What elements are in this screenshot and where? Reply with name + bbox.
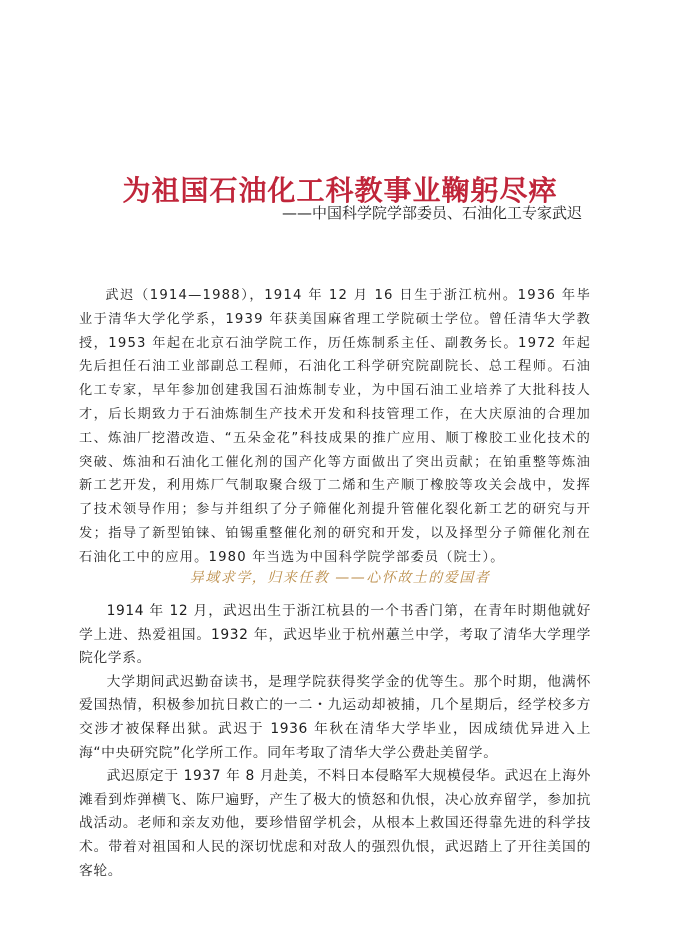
article-body: 1914 年 12 月，武迟出生于浙江杭县的一个书香门第，在青年时期他就好学上进… [79,600,591,883]
document-page: 为祖国石油化工科教事业鞠躬尽瘁 ——中国科学院学部委员、石油化工专家武迟 武迟（… [0,0,680,945]
biography-paragraph: 武迟（1914—1988），1914 年 12 月 16 日生于浙江杭州。193… [79,284,591,570]
body-paragraph: 1914 年 12 月，武迟出生于浙江杭县的一个书香门第，在青年时期他就好学上进… [79,600,591,671]
body-paragraph: 大学期间武迟勤奋读书，是理学院获得奖学金的优等生。那个时期，他满怀爱国热情，积极… [79,671,591,765]
biography-summary: 武迟（1914—1988），1914 年 12 月 16 日生于浙江杭州。193… [79,284,591,570]
article-subtitle: ——中国科学院学部委员、石油化工专家武迟 [282,202,582,224]
section-heading: 异域求学，归来任教 ——心怀故土的爱国者 [0,567,680,589]
body-paragraph: 武迟原定于 1937 年 8 月赴美，不料日本侵略军大规模侵华。武迟在上海外滩看… [79,765,591,883]
